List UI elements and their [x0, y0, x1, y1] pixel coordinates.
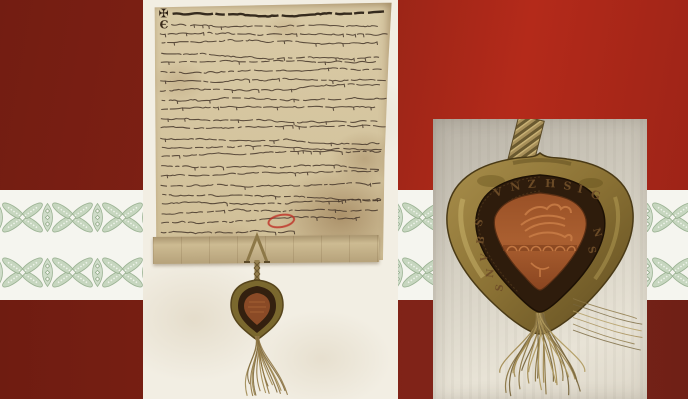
inscription-letter: N [485, 268, 497, 278]
seal-detail-photo: V N Z H S I G S B V N S N S [433, 119, 647, 399]
drop-cap-initial: Є [160, 19, 169, 30]
wax-seal-closeup: V N Z H S I G S B V N S N S [433, 119, 647, 399]
page: ✠ Є [0, 0, 688, 399]
pendant-seal-assembly [198, 228, 328, 399]
inscription-letter: H [545, 177, 556, 190]
inscription-letter: Z [527, 177, 536, 191]
charter-photo: ✠ Є [143, 0, 398, 399]
parchment: ✠ Є [155, 3, 394, 264]
pendant-seal [231, 280, 283, 340]
inscription-letter: V [479, 253, 491, 263]
seal-cord [247, 236, 267, 262]
manuscript-text-lines: ✠ [155, 3, 394, 244]
seal-tassel [245, 336, 287, 396]
